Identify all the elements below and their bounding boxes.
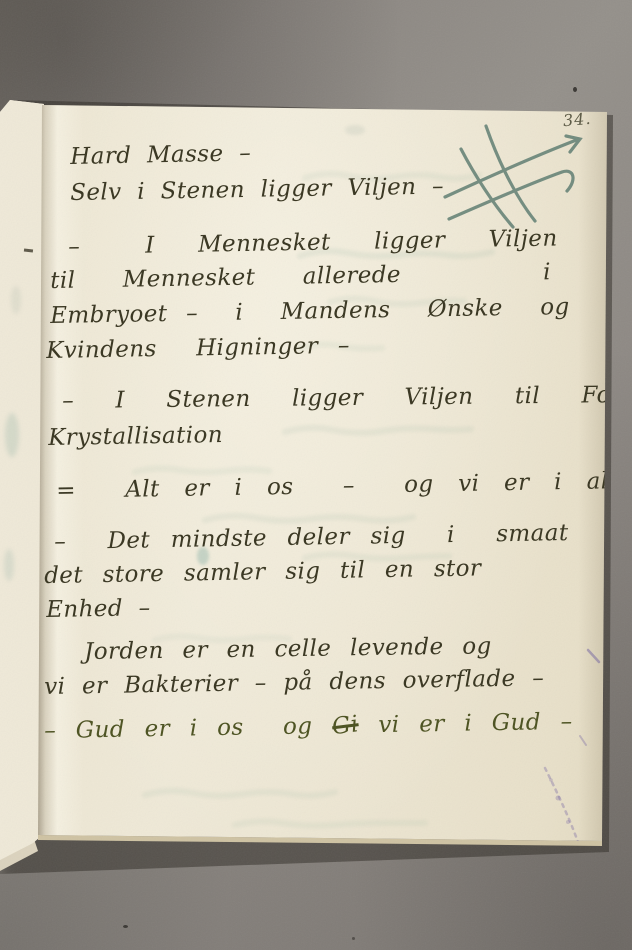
background-speck <box>573 87 577 92</box>
handwriting-line: Krystallisation <box>48 424 223 450</box>
hatch-scribble-icon <box>440 116 592 234</box>
handwriting-line: Jorden er en celle levende og <box>84 635 492 664</box>
manuscript-page: 34. Hard Masse – Selv i Stenen ligger Vi… <box>0 0 632 950</box>
background-speck <box>352 937 355 940</box>
handwriting-segment: vi er i Gud – <box>358 709 572 739</box>
crossed-out-word: Gi <box>331 713 360 739</box>
handwriting-line: – I Stenen ligger Viljen til Form <box>62 384 632 413</box>
handwriting-line: Enhed – <box>46 597 151 622</box>
background-speck <box>123 925 128 928</box>
handwriting-line: Kvindens Higninger – <box>46 335 350 363</box>
handwriting-segment: – Gud er i os og <box>44 713 332 744</box>
handwriting-line: Hard Masse – <box>70 142 251 169</box>
